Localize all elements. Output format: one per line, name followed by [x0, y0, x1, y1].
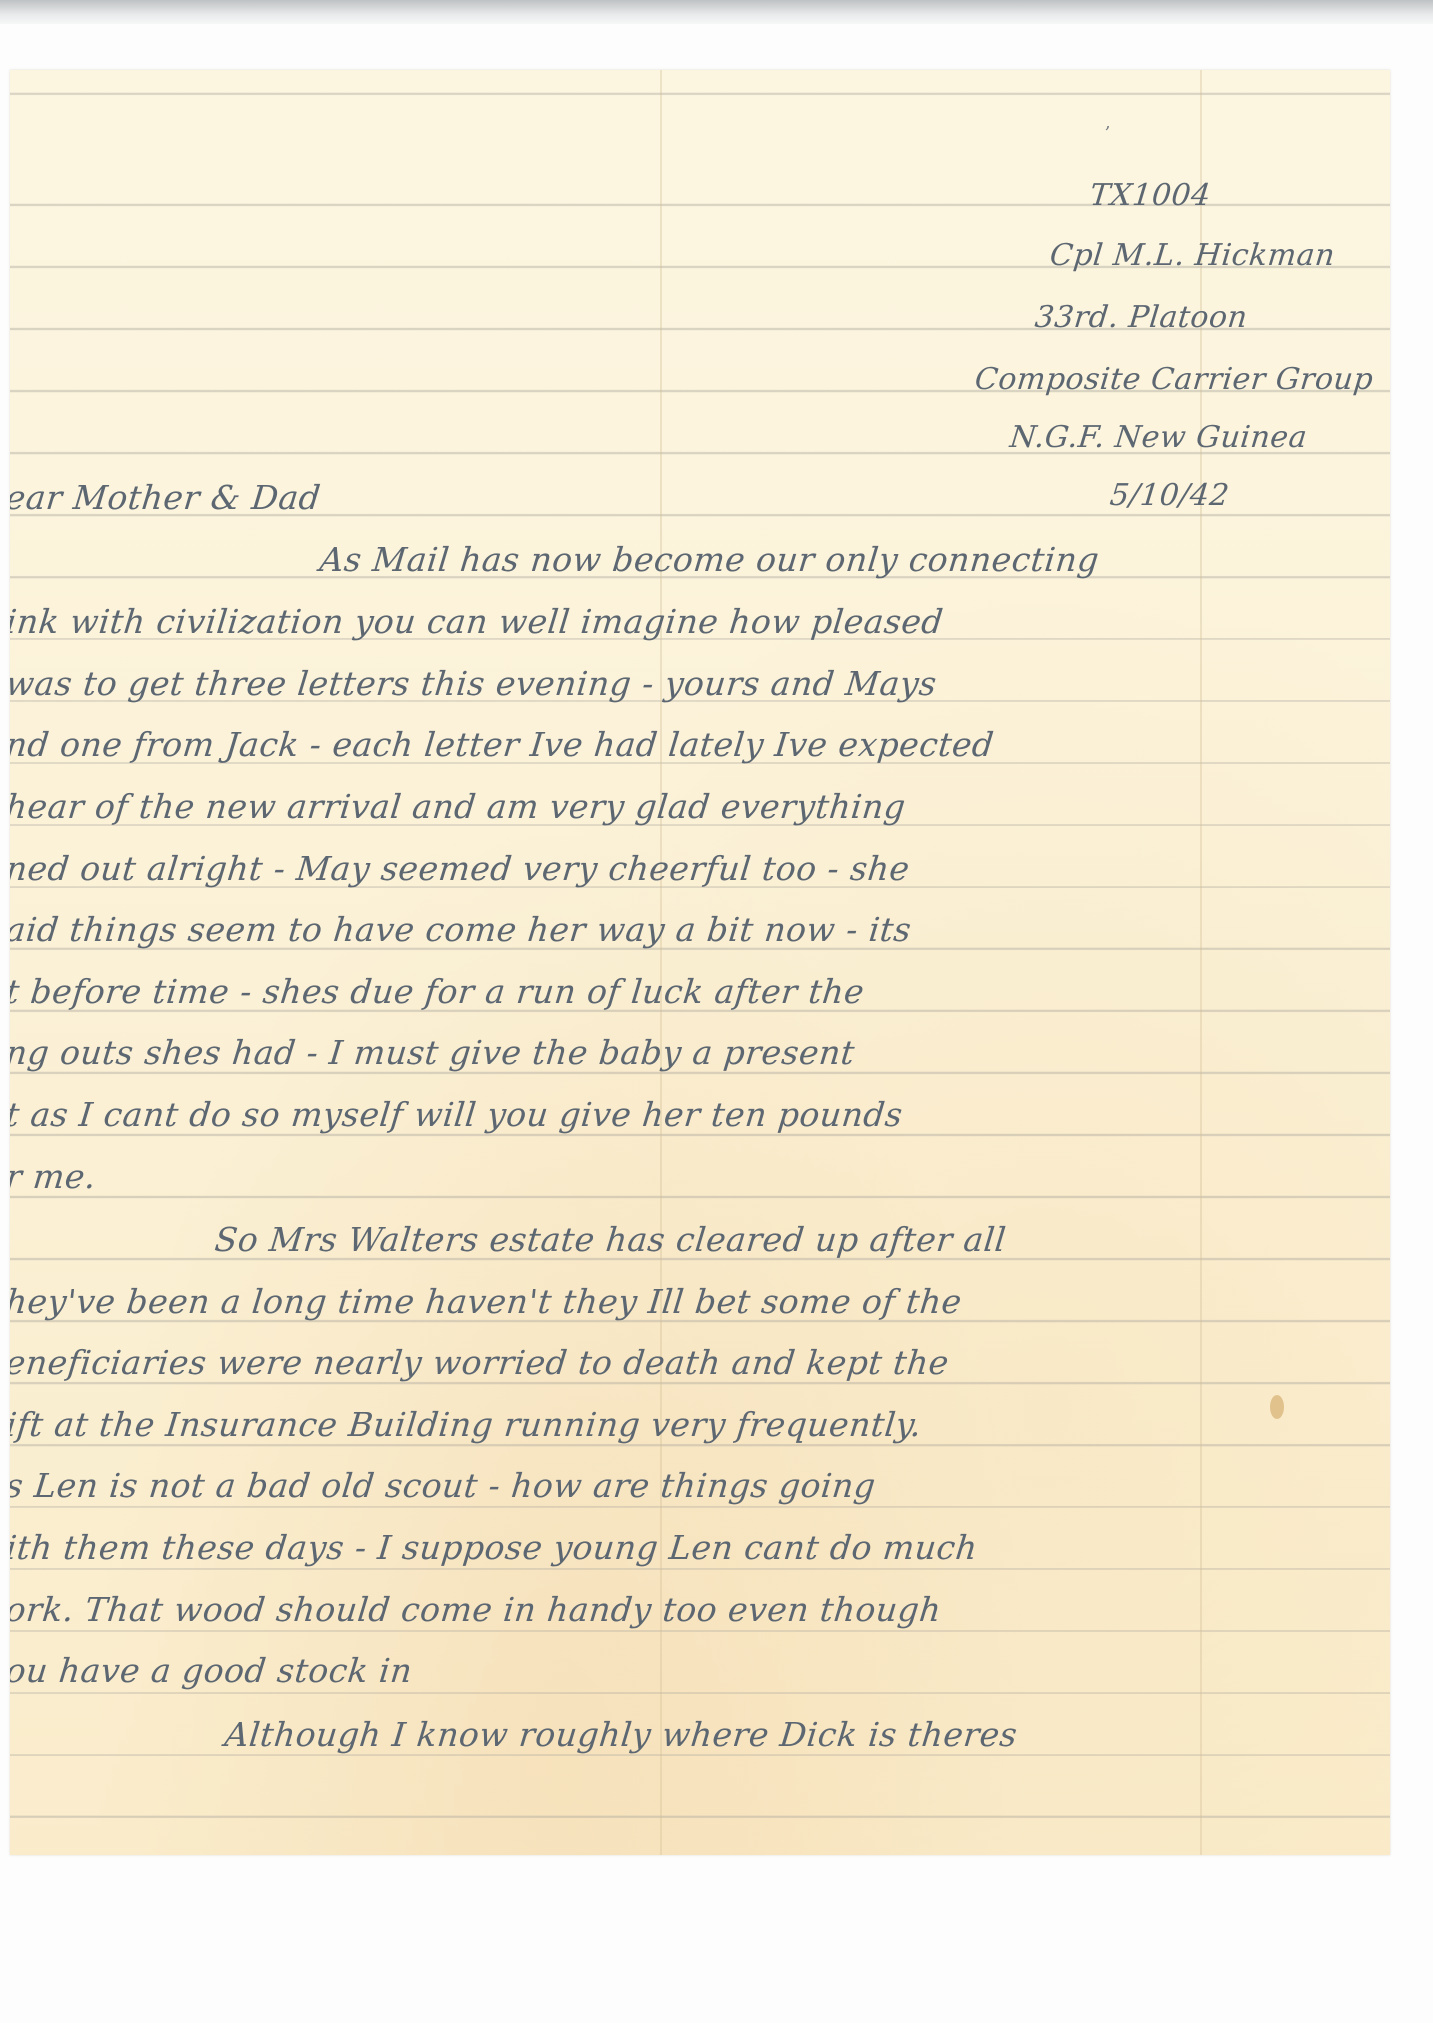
sender-group: Composite Carrier Group [973, 362, 1375, 397]
body-line: ng outs shes had - I must give the baby … [10, 1033, 857, 1072]
ruled-lines [10, 70, 1390, 1855]
paper-fold [1200, 70, 1202, 1855]
body-line: So Mrs Walters estate has cleared up aft… [213, 1220, 1008, 1259]
sender-name: Cpl M.L. Hickman [1048, 238, 1337, 273]
letter-page: , TX1004 Cpl M.L. Hickman 33rd. Platoon … [10, 70, 1390, 1855]
body-line: was to get three letters this evening - … [10, 664, 939, 703]
salutation: ear Mother & Dad [10, 478, 323, 517]
letter-date: 5/10/42 [1108, 478, 1231, 513]
body-line: s Len is not a bad old scout - how are t… [10, 1466, 878, 1505]
body-line: t as I cant do so myself will you give h… [10, 1095, 905, 1134]
body-line: ink with civilization you can well imagi… [10, 602, 945, 641]
body-line: hear of the new arrival and am very glad… [10, 787, 908, 826]
body-line: hey've been a long time haven't they Ill… [10, 1282, 964, 1321]
body-line: aid things seem to have come her way a b… [10, 910, 913, 949]
body-line: nd one from Jack - each letter Ive had l… [10, 725, 996, 764]
body-line: ou have a good stock in [10, 1651, 414, 1690]
body-line: Although I know roughly where Dick is th… [223, 1715, 1019, 1754]
service-number: TX1004 [1088, 178, 1212, 213]
body-line: As Mail has now become our only connecti… [318, 540, 1101, 579]
pencil-mark: , [1105, 112, 1111, 133]
body-line: ned out alright - May seemed very cheerf… [10, 849, 912, 888]
sender-unit: 33rd. Platoon [1033, 300, 1249, 335]
body-line: ift at the Insurance Building running ve… [10, 1405, 924, 1444]
body-line: ork. That wood should come in handy too … [10, 1590, 943, 1629]
sender-location: N.G.F. New Guinea [1008, 420, 1309, 455]
body-line: eneficiaries were nearly worried to deat… [10, 1343, 951, 1382]
body-line: t before time - shes due for a run of lu… [10, 972, 866, 1011]
paper-stain [1270, 1395, 1284, 1419]
body-line: ith them these days - I suppose young Le… [10, 1528, 979, 1567]
paper-fold [660, 70, 662, 1855]
scanner-edge-shadow [0, 0, 1433, 24]
body-line: r me. [10, 1157, 98, 1196]
